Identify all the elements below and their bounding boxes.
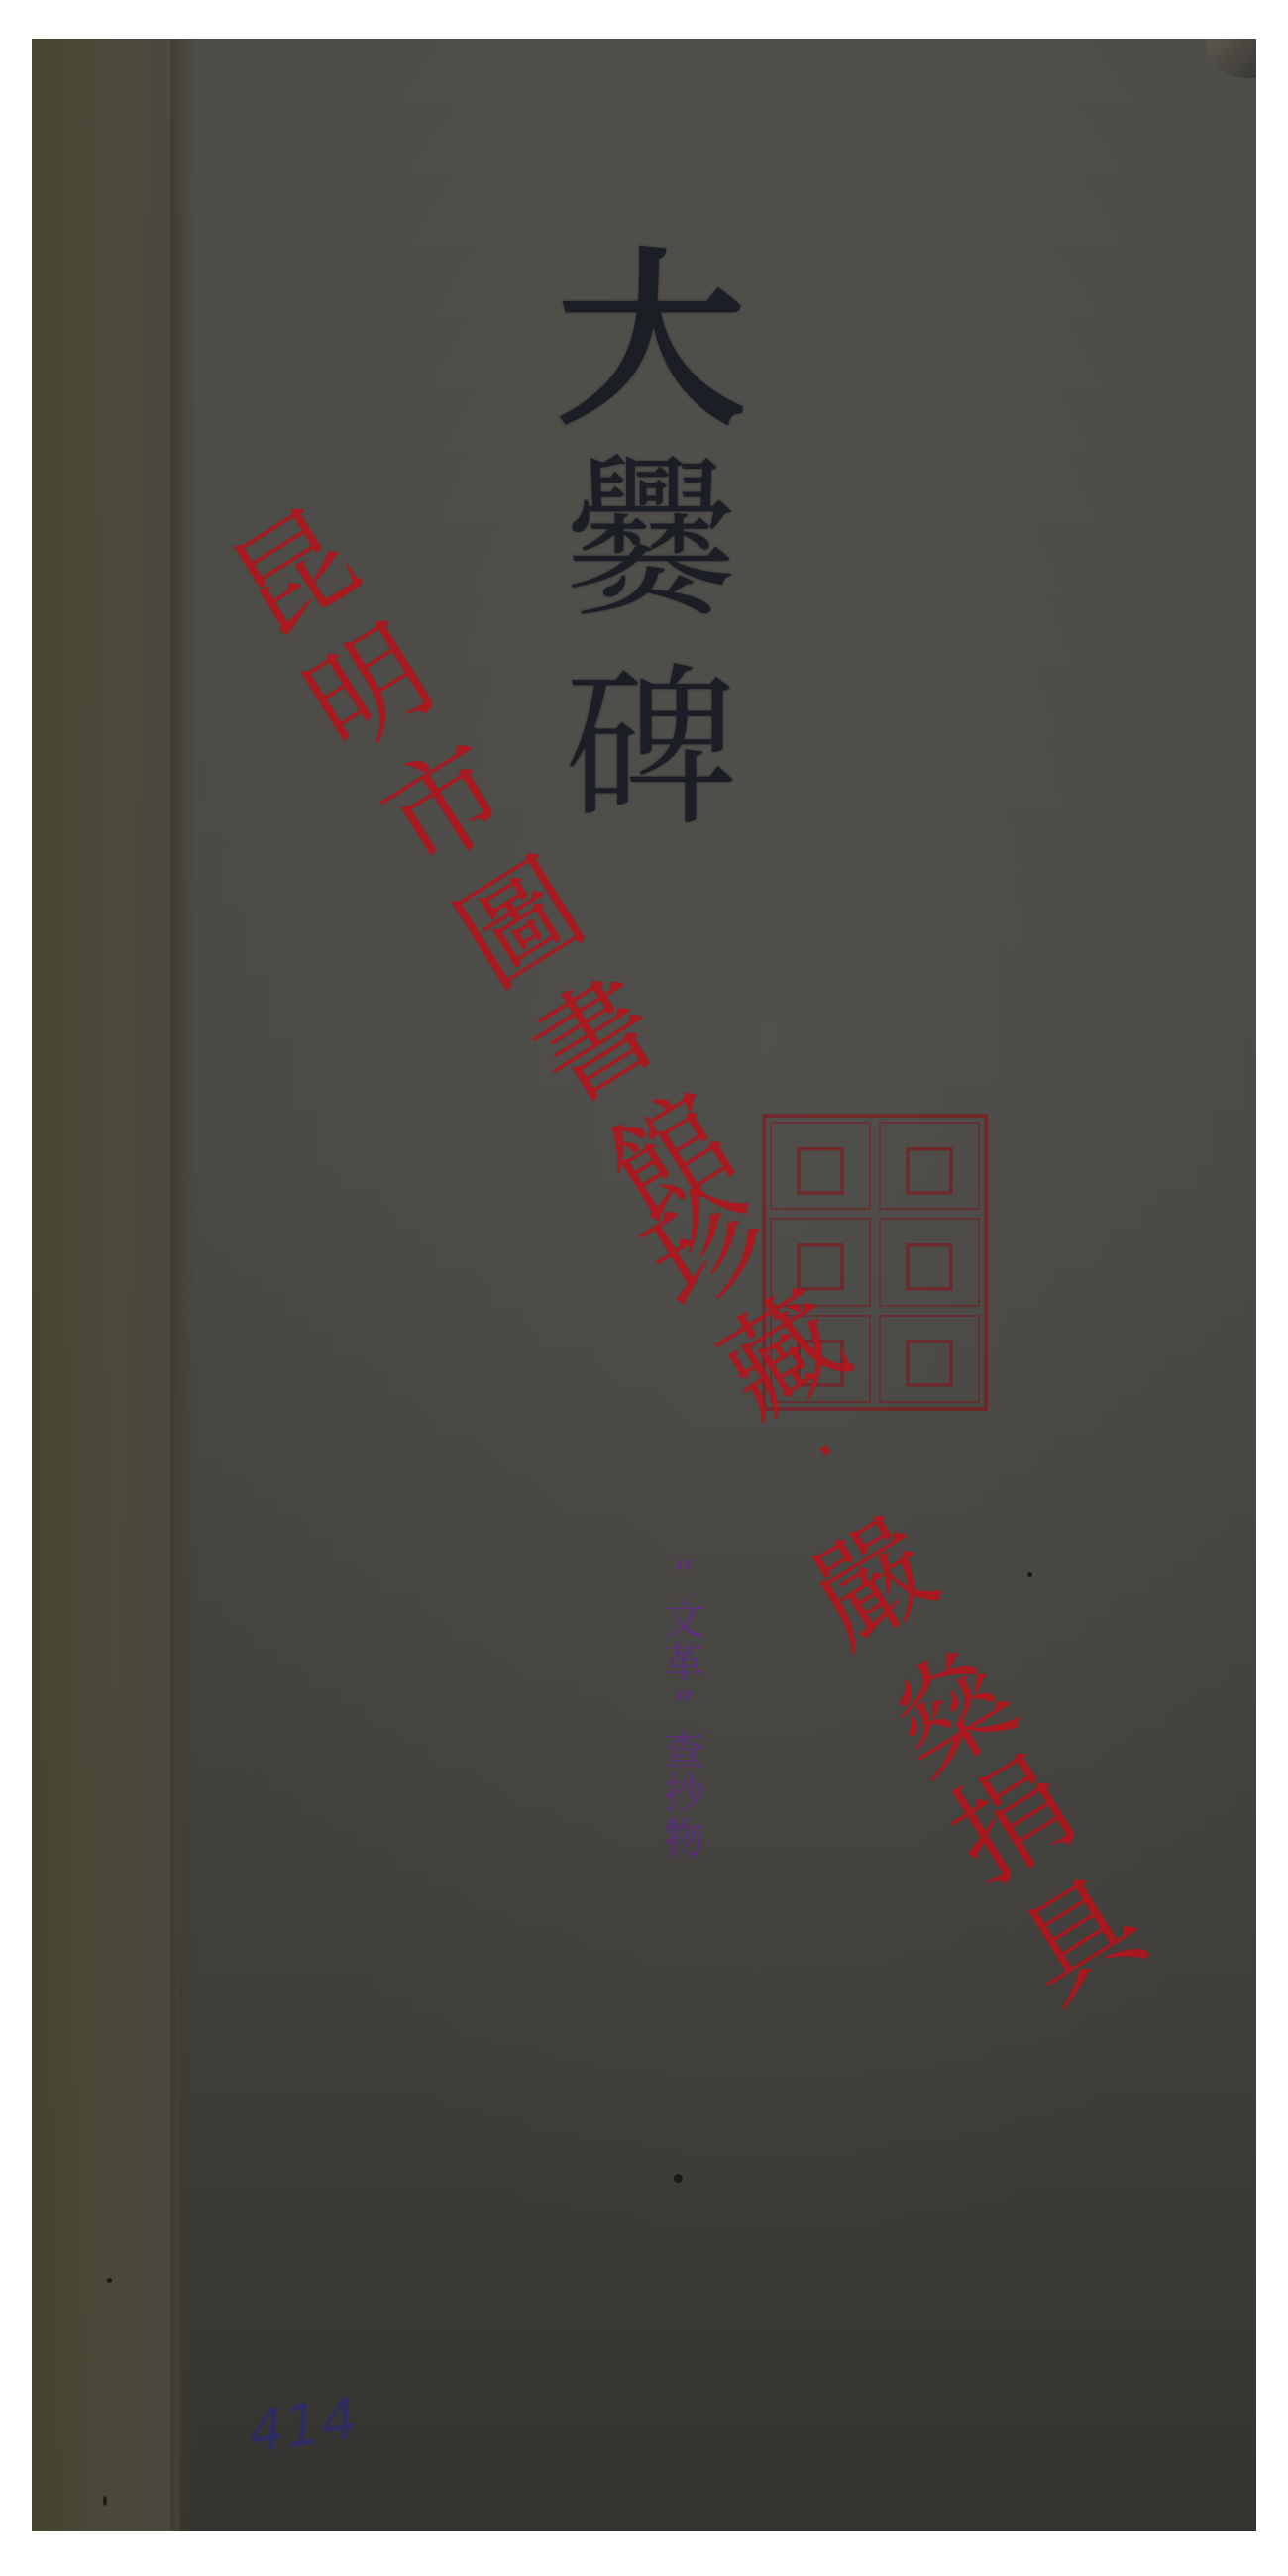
purple-stamp-char: 革 [663,1642,704,1685]
stamp-char: 市 [365,726,526,888]
stamp-char: 昆 [214,492,376,654]
purple-stamp-char: 查 [663,1729,704,1772]
spine-torn-edge [170,39,196,2531]
ink-speck [103,2496,107,2506]
title-char: 碑 [565,663,738,871]
purple-confiscation-stamp: “ 文 革 ” 查 抄 物 [654,1555,713,1861]
spine-strip [32,39,180,2531]
stamp-char: 館 [590,1077,752,1238]
seal-char: □ [770,1122,871,1210]
seal-char: □ [879,1315,980,1403]
purple-stamp-char: ” [673,1685,695,1729]
stamp-char: 燊 [872,1632,1033,1793]
purple-stamp-char: 物 [663,1817,704,1861]
purple-stamp-char: 抄 [663,1772,704,1816]
seal-char: □ [770,1315,871,1403]
stamp-char: 嚴 [793,1503,954,1664]
ink-speck [674,2174,683,2183]
seal-char: □ [879,1218,980,1306]
stamp-char: 具 [1001,1860,1162,2021]
book-cover-page: 大 爨 碑 □ □ □ □ □ □ 昆 明 市 圖 書 館 珍 藏 · 嚴 燊 … [32,39,1256,2531]
purple-stamp-char: “ [673,1555,695,1598]
stamp-char: 捐 [931,1741,1093,1902]
stamp-separator: · [798,1415,853,1485]
seal-char: □ [879,1122,980,1210]
title-char: 爨 [565,455,738,663]
stamp-char: 書 [515,960,677,1122]
cover-title: 大 爨 碑 [532,247,770,871]
ink-speck [107,2278,112,2283]
square-seal: □ □ □ □ □ □ [762,1114,988,1411]
seal-char: □ [770,1218,871,1306]
purple-stamp-char: 文 [663,1598,704,1642]
corner-fold [1207,39,1256,78]
title-char: 大 [557,247,745,455]
handwritten-catalog-number: 414 [244,2385,362,2467]
stamp-char: 明 [289,609,451,771]
ink-speck [1027,1572,1032,1577]
